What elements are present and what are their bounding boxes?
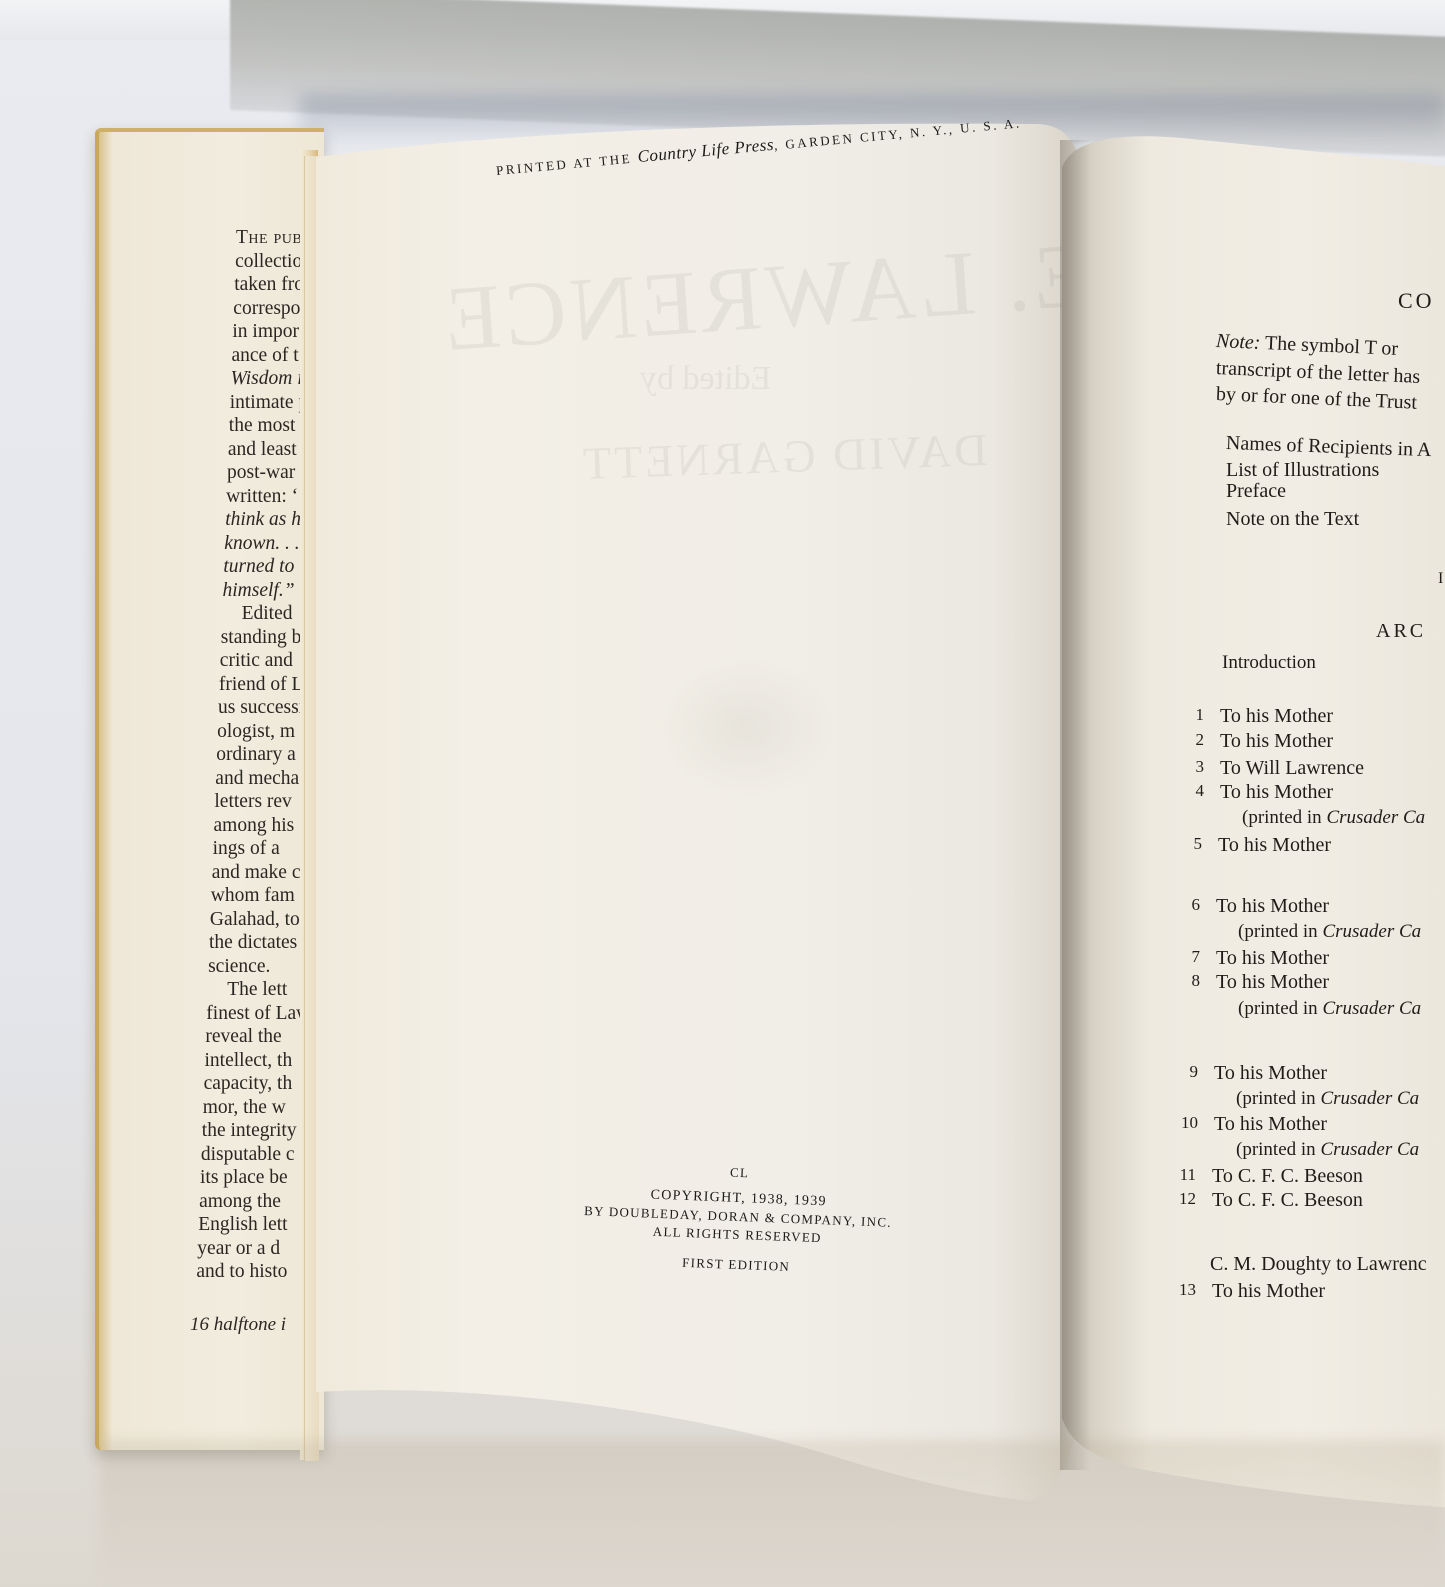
- toc-entry-title: To his Mother: [1220, 705, 1333, 728]
- toc-entry-number: 10: [1164, 1113, 1198, 1133]
- printed-in-source: Crusader Ca: [1320, 1088, 1419, 1109]
- toc-entry-printed-in: (printed in Crusader Ca: [1236, 1088, 1419, 1110]
- printed-in-source: Crusader Ca: [1322, 998, 1421, 1019]
- jacket-line: and to histo: [190, 1260, 315, 1284]
- toc-entry-number: 3: [1170, 757, 1204, 777]
- note-label: Note:: [1216, 330, 1261, 354]
- toc-entry-printed-in: (printed in Crusader Ca: [1238, 998, 1421, 1020]
- printed-in-prefix: (printed in: [1238, 921, 1322, 942]
- toc-entry-printed-in: (printed in Crusader Ca: [1236, 1139, 1419, 1161]
- toc-entry-number: 12: [1162, 1189, 1196, 1209]
- jacket-line: finest of Law: [190, 1002, 315, 1026]
- jacket-line: friend of L: [190, 673, 315, 697]
- toc-entry-title: To his Mother: [1214, 1062, 1327, 1085]
- jacket-line: collectio: [190, 250, 315, 274]
- jacket-line: think as h: [190, 508, 315, 532]
- jacket-line: The lett: [190, 978, 315, 1002]
- jacket-line: and make c: [190, 861, 315, 885]
- jacket-line: in impor: [190, 320, 315, 344]
- jacket-line: and mecha: [190, 767, 315, 791]
- toc-entry-title: To his Mother: [1212, 1280, 1325, 1303]
- toc-entry-number: 13: [1162, 1280, 1196, 1300]
- show-through-edited-by: Edited by: [640, 360, 771, 398]
- toc-entry-printed-in: (printed in Crusader Ca: [1242, 807, 1425, 829]
- jacket-line: the dictates: [190, 931, 315, 955]
- jacket-line: its place be: [190, 1166, 315, 1190]
- printed-in-source: Crusader Ca: [1326, 807, 1425, 828]
- toc-entry-title: To his Mother: [1220, 730, 1333, 753]
- jacket-line: Wisdom i: [190, 367, 315, 391]
- jacket-line: ordinary a: [190, 743, 315, 767]
- toc-entry-title: To his Mother: [1216, 895, 1329, 918]
- jacket-line: science.: [190, 955, 315, 979]
- printed-in-prefix: (printed in: [1238, 998, 1322, 1019]
- jacket-line: letters rev: [190, 790, 315, 814]
- jacket-line: known. . .: [190, 532, 315, 556]
- toc-front-illustrations: List of Illustrations: [1226, 459, 1379, 482]
- toc-entry-title: To his Mother: [1216, 947, 1329, 970]
- jacket-line: Galahad, to: [190, 908, 315, 932]
- toc-entry-number: 2: [1170, 730, 1204, 750]
- jacket-line: us successi: [190, 696, 315, 720]
- jacket-line: correspon: [190, 297, 315, 321]
- jacket-caption: 16 halftone i: [190, 1314, 315, 1336]
- toc-front-note-on-text: Note on the Text: [1226, 508, 1359, 531]
- jacket-line: year or a d: [190, 1237, 315, 1261]
- toc-entry-title: To C. F. C. Beeson: [1212, 1165, 1363, 1188]
- table-of-contents: CO Note: The symbol T or transcript of t…: [1160, 280, 1445, 1320]
- printed-in-prefix: (printed in: [1242, 807, 1326, 828]
- jacket-line: critic and: [190, 649, 315, 673]
- jacket-line: The pub: [190, 226, 315, 250]
- toc-introduction: Introduction: [1222, 652, 1316, 674]
- note-line-1: The symbol T or: [1260, 332, 1399, 360]
- toc-entry-number: 9: [1164, 1062, 1198, 1082]
- printed-in-source: Crusader Ca: [1322, 921, 1421, 942]
- toc-entry-title: To his Mother: [1216, 971, 1329, 994]
- toc-entry-printed-in: (printed in Crusader Ca: [1238, 921, 1421, 943]
- toc-entry-number: 4: [1170, 781, 1204, 801]
- show-through-emblem-icon: [655, 655, 835, 800]
- jacket-line: Edited: [190, 602, 315, 626]
- jacket-line: the most: [190, 414, 315, 438]
- toc-front-preface: Preface: [1226, 480, 1286, 503]
- toc-entry-title: To C. F. C. Beeson: [1212, 1189, 1363, 1212]
- jacket-line: ance of t: [190, 344, 315, 368]
- toc-entry-number: 8: [1166, 971, 1200, 991]
- contents-heading: CO: [1398, 288, 1435, 314]
- toc-entry-number: 11: [1162, 1165, 1196, 1185]
- jacket-line: standing b: [190, 626, 315, 650]
- contents-note: Note: The symbol T or: [1215, 330, 1398, 361]
- jacket-line: the integrity: [190, 1119, 315, 1143]
- jacket-line: intimate p: [190, 391, 315, 415]
- jacket-line: disputable c: [190, 1143, 315, 1167]
- copyright-block: CL COPYRIGHT, 1938, 1939 BY DOUBLEDAY, D…: [556, 1158, 920, 1280]
- note-line-3: by or for one of the Trust: [1215, 383, 1417, 415]
- surface-shadow: [100, 1440, 1445, 1587]
- jacket-line: post-war: [190, 461, 315, 485]
- toc-front-recipients: Names of Recipients in A: [1226, 432, 1432, 462]
- toc-entry-title: To his Mother: [1220, 781, 1333, 804]
- jacket-line: and least: [190, 438, 315, 462]
- jacket-line: whom fam: [190, 884, 315, 908]
- jacket-line: himself.”: [190, 579, 315, 603]
- toc-entry-title: To his Mother: [1218, 834, 1331, 857]
- jacket-blurb: The pubcollectiotaken frocorresponin imp…: [190, 226, 315, 1346]
- toc-entry-number: 5: [1168, 834, 1202, 854]
- toc-entry-title: To his Mother: [1214, 1113, 1327, 1136]
- jacket-line: written: ‘: [190, 485, 315, 509]
- toc-entry-number: 6: [1166, 895, 1200, 915]
- printed-in-prefix: (printed in: [1236, 1139, 1320, 1160]
- jacket-line: English lett: [190, 1213, 315, 1237]
- jacket-line: among his: [190, 814, 315, 838]
- jacket-line: reveal the: [190, 1025, 315, 1049]
- jacket-line: among the: [190, 1190, 315, 1214]
- printed-in-prefix: (printed in: [1236, 1088, 1320, 1109]
- toc-entry-number: 1: [1170, 705, 1204, 725]
- part-marker: I: [1438, 570, 1443, 588]
- toc-entry-title: C. M. Doughty to Lawrenc: [1210, 1253, 1427, 1276]
- toc-entry-number: 7: [1166, 947, 1200, 967]
- jacket-line: intellect, th: [190, 1049, 315, 1073]
- jacket-line: ologist, m: [190, 720, 315, 744]
- jacket-line: taken fro: [190, 273, 315, 297]
- jacket-line: capacity, th: [190, 1072, 315, 1096]
- gutter-shadow: [1060, 140, 1090, 1470]
- printed-in-source: Crusader Ca: [1320, 1139, 1419, 1160]
- toc-entry-title: To Will Lawrence: [1220, 757, 1364, 780]
- jacket-line: turned to t: [190, 555, 315, 579]
- section-heading: ARC: [1376, 620, 1426, 643]
- jacket-line: mor, the w: [190, 1096, 315, 1120]
- jacket-line: ings of a: [190, 837, 315, 861]
